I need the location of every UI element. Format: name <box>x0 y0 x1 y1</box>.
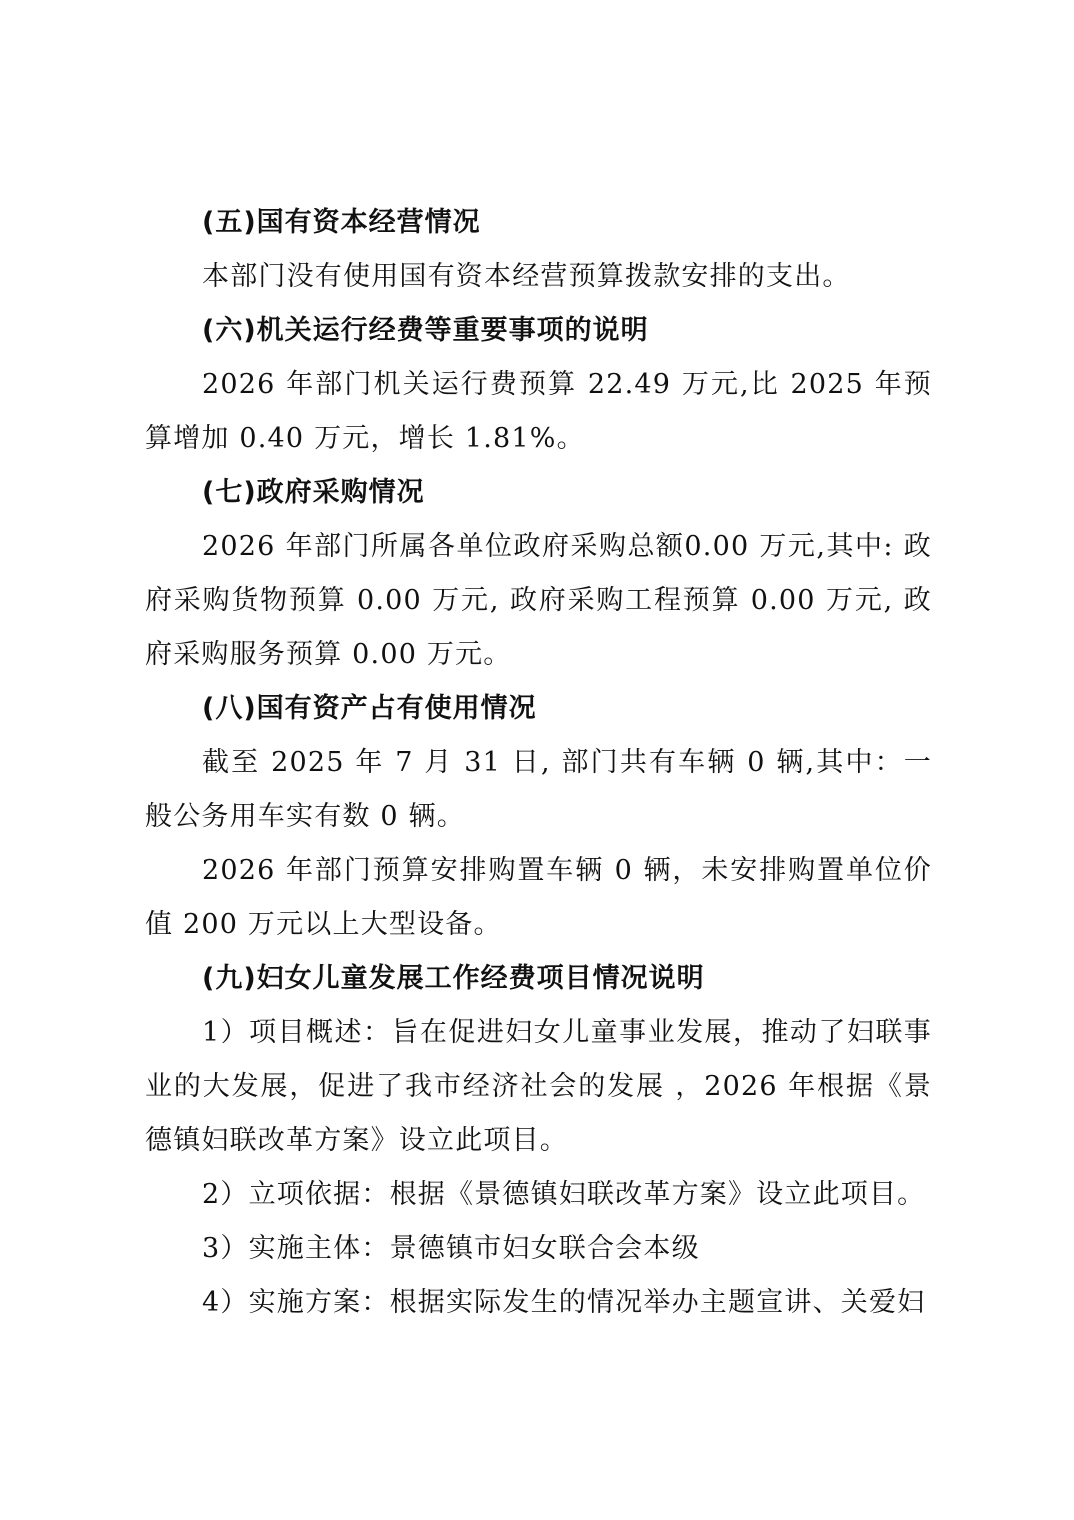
paragraph: 4）实施方案：根据实际发生的情况举办主题宣讲、关爱妇 <box>145 1276 932 1330</box>
paragraph: 3）实施主体：景德镇市妇女联合会本级 <box>145 1222 932 1276</box>
section-women-children-project: (九)妇女儿童发展工作经费项目情况说明 1）项目概述：旨在促进妇女儿童事业发展，… <box>145 952 932 1330</box>
paragraph: 本部门没有使用国有资本经营预算拨款安排的支出。 <box>145 250 932 304</box>
section-state-assets: (八)国有资产占有使用情况 截至 2025 年 7 月 31 日, 部门共有车辆… <box>145 682 932 952</box>
document-page: (五)国有资本经营情况 本部门没有使用国有资本经营预算拨款安排的支出。 (六)机… <box>145 196 932 1330</box>
paragraph: 2026 年部门机关运行费预算 22.49 万元,比 2025 年预算增加 0.… <box>145 358 932 466</box>
paragraph: 2026 年部门预算安排购置车辆 0 辆，未安排购置单位价值 200 万元以上大… <box>145 844 932 952</box>
section-state-capital: (五)国有资本经营情况 本部门没有使用国有资本经营预算拨款安排的支出。 <box>145 196 932 304</box>
section-government-procurement: (七)政府采购情况 2026 年部门所属各单位政府采购总额0.00 万元,其中:… <box>145 466 932 682</box>
section-heading: (七)政府采购情况 <box>145 466 932 520</box>
paragraph: 1）项目概述：旨在促进妇女儿童事业发展，推动了妇联事业的大发展，促进了我市经济社… <box>145 1006 932 1168</box>
paragraph: 2026 年部门所属各单位政府采购总额0.00 万元,其中: 政府采购货物预算 … <box>145 520 932 682</box>
section-heading: (八)国有资产占有使用情况 <box>145 682 932 736</box>
section-heading: (六)机关运行经费等重要事项的说明 <box>145 304 932 358</box>
paragraph: 截至 2025 年 7 月 31 日, 部门共有车辆 0 辆,其中：一般公务用车… <box>145 736 932 844</box>
paragraph: 2）立项依据：根据《景德镇妇联改革方案》设立此项目。 <box>145 1168 932 1222</box>
section-operating-expenses: (六)机关运行经费等重要事项的说明 2026 年部门机关运行费预算 22.49 … <box>145 304 932 466</box>
section-heading: (五)国有资本经营情况 <box>145 196 932 250</box>
section-heading: (九)妇女儿童发展工作经费项目情况说明 <box>145 952 932 1006</box>
